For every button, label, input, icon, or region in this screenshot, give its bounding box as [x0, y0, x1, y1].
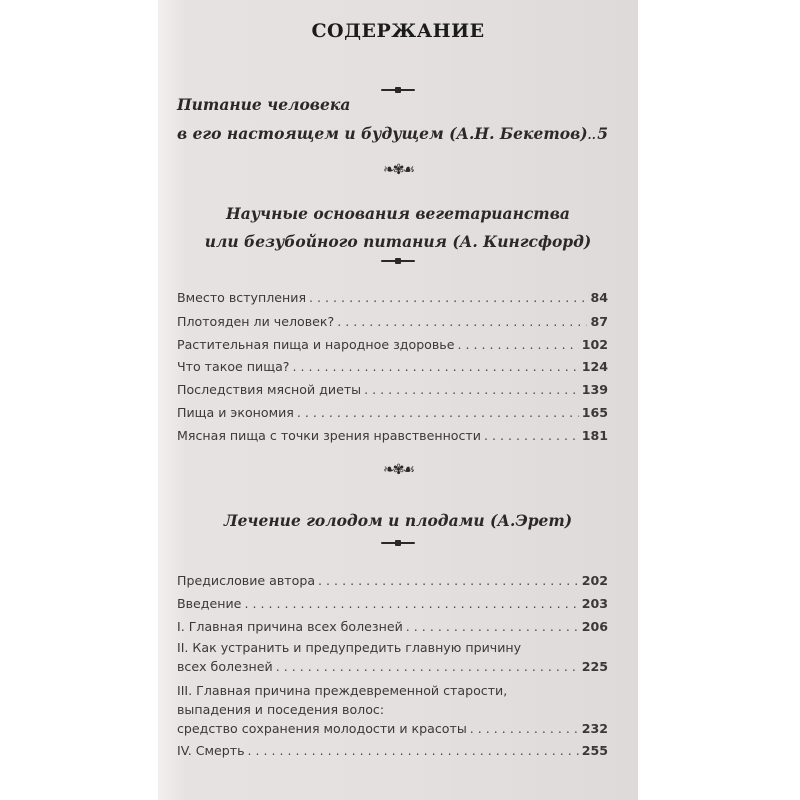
dot-leader	[244, 596, 578, 611]
page-title: СОДЕРЖАНИЕ	[158, 20, 638, 42]
toc-entry[interactable]: Плотояден ли человек? 87	[177, 314, 608, 334]
book-page: СОДЕРЖАНИЕ Питание человека в его настоя…	[158, 0, 638, 800]
dot-leader	[337, 314, 587, 329]
section-1-page-number: 5	[597, 124, 608, 143]
toc-entry[interactable]: Введение 203	[177, 596, 608, 616]
dot-leader	[457, 337, 578, 352]
toc-entry[interactable]: Вместо вступления 84	[177, 290, 608, 310]
toc-entry-page: 124	[582, 359, 608, 374]
dot-leader	[406, 619, 579, 634]
toc-entry-page: 255	[582, 743, 608, 758]
toc-entry[interactable]: Предисловие автора 202	[177, 573, 608, 593]
toc-entry-label: Пища и экономия	[177, 405, 294, 420]
toc-entry-label: IV. Смерть	[177, 743, 245, 758]
toc-entry-page: 206	[582, 619, 608, 634]
dot-leader	[292, 359, 578, 374]
toc-entry[interactable]: I. Главная причина всех болезней 206	[177, 619, 608, 639]
toc-entry-label: Введение	[177, 596, 241, 611]
section-1-heading-line-2: в его настоящем и будущем (А.Н. Бекетов)	[177, 124, 588, 143]
toc-entry-label-line: выпадения и поседения волос:	[177, 702, 384, 717]
dash-ornament-icon	[381, 87, 415, 93]
dot-leader	[276, 659, 579, 674]
toc-entry[interactable]: Что такое пища? 124	[177, 359, 608, 379]
dot-leader	[248, 743, 579, 758]
dot-leader	[297, 405, 579, 420]
toc-entry-label: Предисловие автора	[177, 573, 315, 588]
toc-entry[interactable]: Растительная пища и народное здоровье 10…	[177, 337, 608, 357]
floral-ornament-icon: ❧✾☙	[378, 160, 418, 180]
section-1-heading-line-1: Питание человека	[177, 95, 350, 114]
toc-entry[interactable]: средство сохранения молодости и красоты …	[177, 721, 608, 741]
toc-entry-label: Что такое пища?	[177, 359, 289, 374]
section-1-entry[interactable]: в его настоящем и будущем (А.Н. Бекетов)…	[177, 124, 608, 143]
toc-entry[interactable]: Мясная пища с точки зрения нравственност…	[177, 428, 608, 448]
toc-entry-label: Растительная пища и народное здоровье	[177, 337, 454, 352]
toc-entry-page: 203	[582, 596, 608, 611]
toc-entry-page: 102	[582, 337, 608, 352]
dot-leader	[588, 129, 598, 142]
dot-leader	[309, 290, 587, 305]
dash-ornament-icon	[381, 258, 415, 264]
dash-ornament-icon	[381, 540, 415, 546]
toc-entry[interactable]: Пища и экономия 165	[177, 405, 608, 425]
dot-leader	[470, 721, 579, 736]
section-2-heading-line-1: Научные основания вегетарианства	[158, 204, 638, 223]
toc-entry[interactable]: Последствия мясной диеты 139	[177, 382, 608, 402]
toc-entry-page: 181	[582, 428, 608, 443]
floral-ornament-icon: ❧✾☙	[378, 460, 418, 480]
toc-entry-page: 232	[582, 721, 608, 736]
section-2-heading-line-2: или безубойного питания (А. Кингсфорд)	[158, 232, 638, 251]
toc-entry[interactable]: IV. Смерть 255	[177, 743, 608, 763]
toc-entry-label: Плотояден ли человек?	[177, 314, 334, 329]
toc-entry-page: 165	[582, 405, 608, 420]
toc-entry-page: 87	[590, 314, 608, 329]
dot-leader	[318, 573, 579, 588]
toc-entry-page: 225	[582, 659, 608, 674]
toc-entry-label: Последствия мясной диеты	[177, 382, 361, 397]
toc-entry-label: всех болезней	[177, 659, 273, 674]
toc-entry[interactable]: всех болезней 225	[177, 659, 608, 679]
toc-entry-label: Мясная пища с точки зрения нравственност…	[177, 428, 481, 443]
toc-entry-page: 139	[582, 382, 608, 397]
toc-entry-label: I. Главная причина всех болезней	[177, 619, 403, 634]
toc-entry-label-line: III. Главная причина преждевременной ста…	[177, 683, 507, 698]
toc-entry-page: 202	[582, 573, 608, 588]
toc-entry-label: Вместо вступления	[177, 290, 306, 305]
section-3-heading: Лечение голодом и плодами (А.Эрет)	[158, 511, 638, 530]
toc-entry-page: 84	[590, 290, 608, 305]
toc-entry-label: средство сохранения молодости и красоты	[177, 721, 467, 736]
dot-leader	[484, 428, 579, 443]
dot-leader	[364, 382, 579, 397]
toc-entry-label-line: II. Как устранить и предупредить главную…	[177, 640, 521, 655]
